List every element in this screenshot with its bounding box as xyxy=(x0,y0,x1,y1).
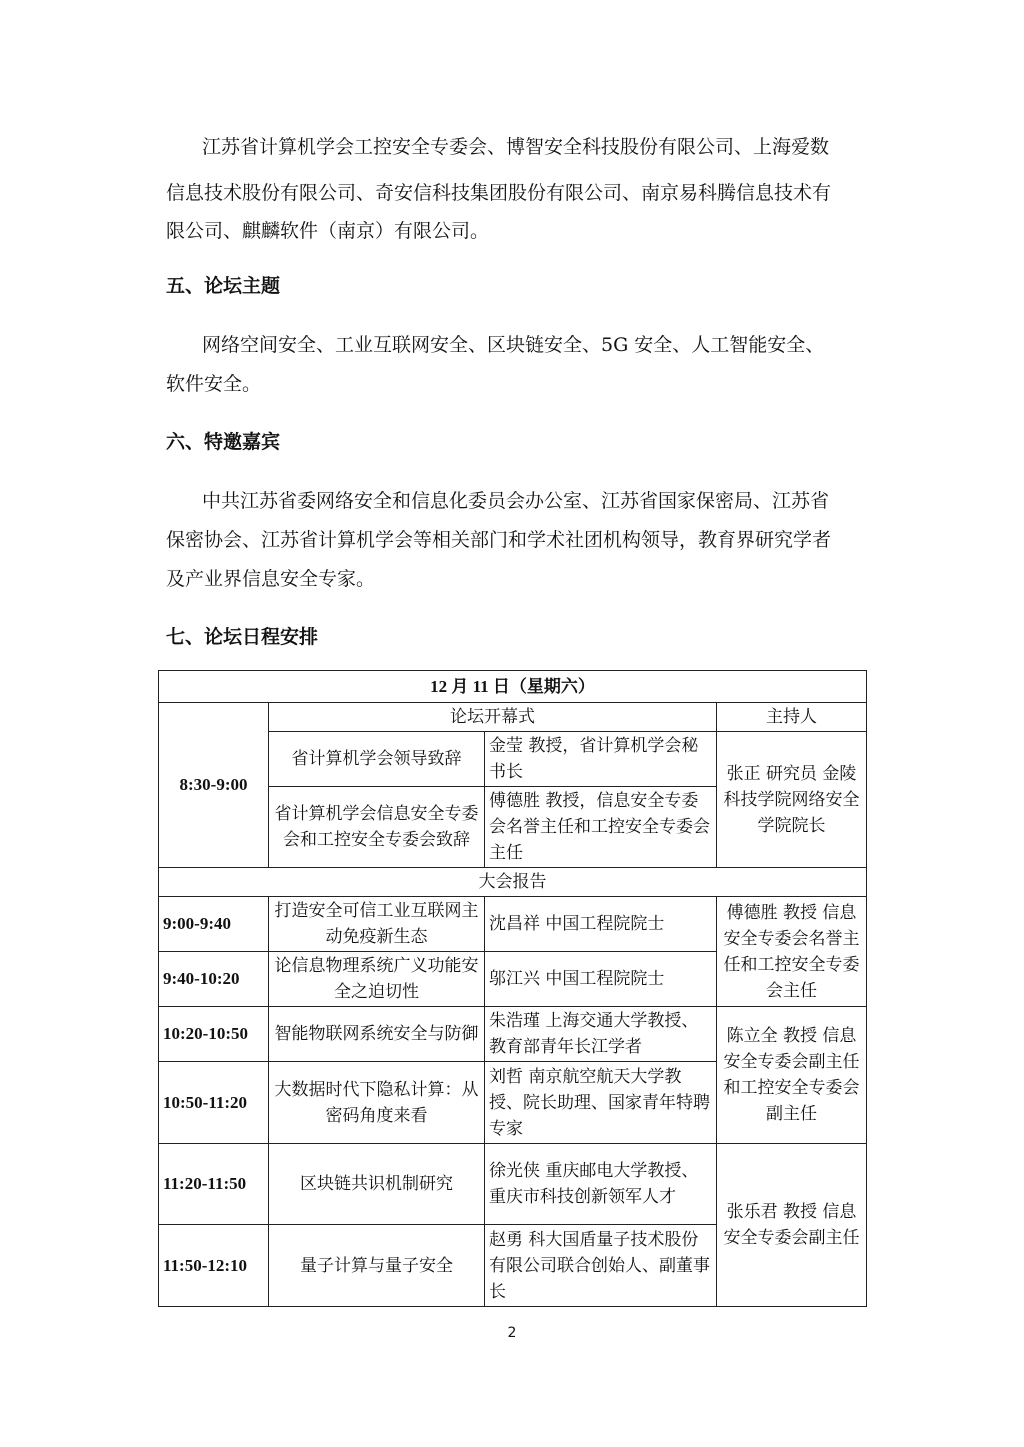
section-heading-7: 七、论坛日程安排 xyxy=(166,622,318,649)
host-cell: 傅德胜 教授 信息安全专委会名誉主任和工控安全专委会主任 xyxy=(717,897,867,1007)
opening-title: 论坛开幕式 xyxy=(269,703,717,732)
topic-cell: 省计算机学会领导致辞 xyxy=(269,732,485,787)
time-cell: 9:40-10:20 xyxy=(159,952,269,1007)
reports-title: 大会报告 xyxy=(159,868,867,897)
section-heading-6: 六、特邀嘉宾 xyxy=(166,427,280,454)
date-header: 12 月 11 日（星期六） xyxy=(159,671,867,703)
guests-line-3: 及产业界信息安全专家。 xyxy=(166,564,375,591)
guests-line-1: 中共江苏省委网络安全和信息化委员会办公室、江苏省国家保密局、江苏省 xyxy=(202,486,829,513)
topic-cell: 打造安全可信工业互联网主动免疫新生态 xyxy=(269,897,485,952)
topic-cell: 量子计算与量子安全 xyxy=(269,1225,485,1307)
speaker-cell: 朱浩瑾 上海交通大学教授、教育部青年长江学者 xyxy=(485,1007,717,1062)
speaker-cell: 邬江兴 中国工程院院士 xyxy=(485,952,717,1007)
section-heading-5: 五、论坛主题 xyxy=(166,271,280,298)
schedule-table: 12 月 11 日（星期六） 8:30-9:00 论坛开幕式 主持人 省计算机学… xyxy=(158,670,867,1307)
date-header-row: 12 月 11 日（星期六） xyxy=(159,671,867,703)
topic-cell: 区块链共识机制研究 xyxy=(269,1144,485,1225)
host-cell: 张乐君 教授 信息安全专委会副主任 xyxy=(717,1144,867,1307)
topic-cell: 智能物联网系统安全与防御 xyxy=(269,1007,485,1062)
time-cell: 10:50-11:20 xyxy=(159,1062,269,1144)
speaker-cell: 金莹 教授，省计算机学会秘书长 xyxy=(485,732,717,787)
speaker-cell: 沈昌祥 中国工程院院士 xyxy=(485,897,717,952)
host-label: 主持人 xyxy=(717,703,867,732)
sponsors-line-3: 限公司、麒麟软件（南京）有限公司。 xyxy=(166,216,489,243)
opening-time: 8:30-9:00 xyxy=(159,703,269,868)
speaker-cell: 刘哲 南京航空航天大学教授、院长助理、国家青年特聘专家 xyxy=(485,1062,717,1144)
reports-title-row: 大会报告 xyxy=(159,868,867,897)
speaker-cell: 赵勇 科大国盾量子技术股份有限公司联合创始人、副董事长 xyxy=(485,1225,717,1307)
host-cell: 陈立全 教授 信息安全专委会副主任和工控安全专委会副主任 xyxy=(717,1007,867,1144)
topic-cell: 论信息物理系统广义功能安全之迫切性 xyxy=(269,952,485,1007)
topic-cell: 省计算机学会信息安全专委会和工控安全专委会致辞 xyxy=(269,787,485,868)
opening-title-row: 8:30-9:00 论坛开幕式 主持人 xyxy=(159,703,867,732)
topics-line-2: 软件安全。 xyxy=(166,369,261,396)
page-number: 2 xyxy=(0,1325,1024,1341)
table-row: 11:20-11:50 区块链共识机制研究 徐光侠 重庆邮电大学教授、重庆市科技… xyxy=(159,1144,867,1225)
time-cell: 11:50-12:10 xyxy=(159,1225,269,1307)
topics-line-1: 网络空间安全、工业互联网安全、区块链安全、5G 安全、人工智能安全、 xyxy=(202,330,824,357)
sponsors-line-1: 江苏省计算机学会工控安全专委会、博智安全科技股份有限公司、上海爱数 xyxy=(202,132,829,159)
table-row: 9:00-9:40 打造安全可信工业互联网主动免疫新生态 沈昌祥 中国工程院院士… xyxy=(159,897,867,952)
table-row: 10:20-10:50 智能物联网系统安全与防御 朱浩瑾 上海交通大学教授、教育… xyxy=(159,1007,867,1062)
guests-line-2: 保密协会、江苏省计算机学会等相关部门和学术社团机构领导，教育界研究学者 xyxy=(166,525,831,552)
speaker-cell: 徐光侠 重庆邮电大学教授、重庆市科技创新领军人才 xyxy=(485,1144,717,1225)
time-cell: 11:20-11:50 xyxy=(159,1144,269,1225)
speaker-cell: 傅德胜 教授，信息安全专委会名誉主任和工控安全专委会主任 xyxy=(485,787,717,868)
time-cell: 9:00-9:40 xyxy=(159,897,269,952)
host-cell: 张正 研究员 金陵科技学院网络安全学院院长 xyxy=(717,732,867,868)
topic-cell: 大数据时代下隐私计算：从密码角度来看 xyxy=(269,1062,485,1144)
time-cell: 10:20-10:50 xyxy=(159,1007,269,1062)
sponsors-line-2: 信息技术股份有限公司、奇安信科技集团股份有限公司、南京易科腾信息技术有 xyxy=(166,178,831,205)
